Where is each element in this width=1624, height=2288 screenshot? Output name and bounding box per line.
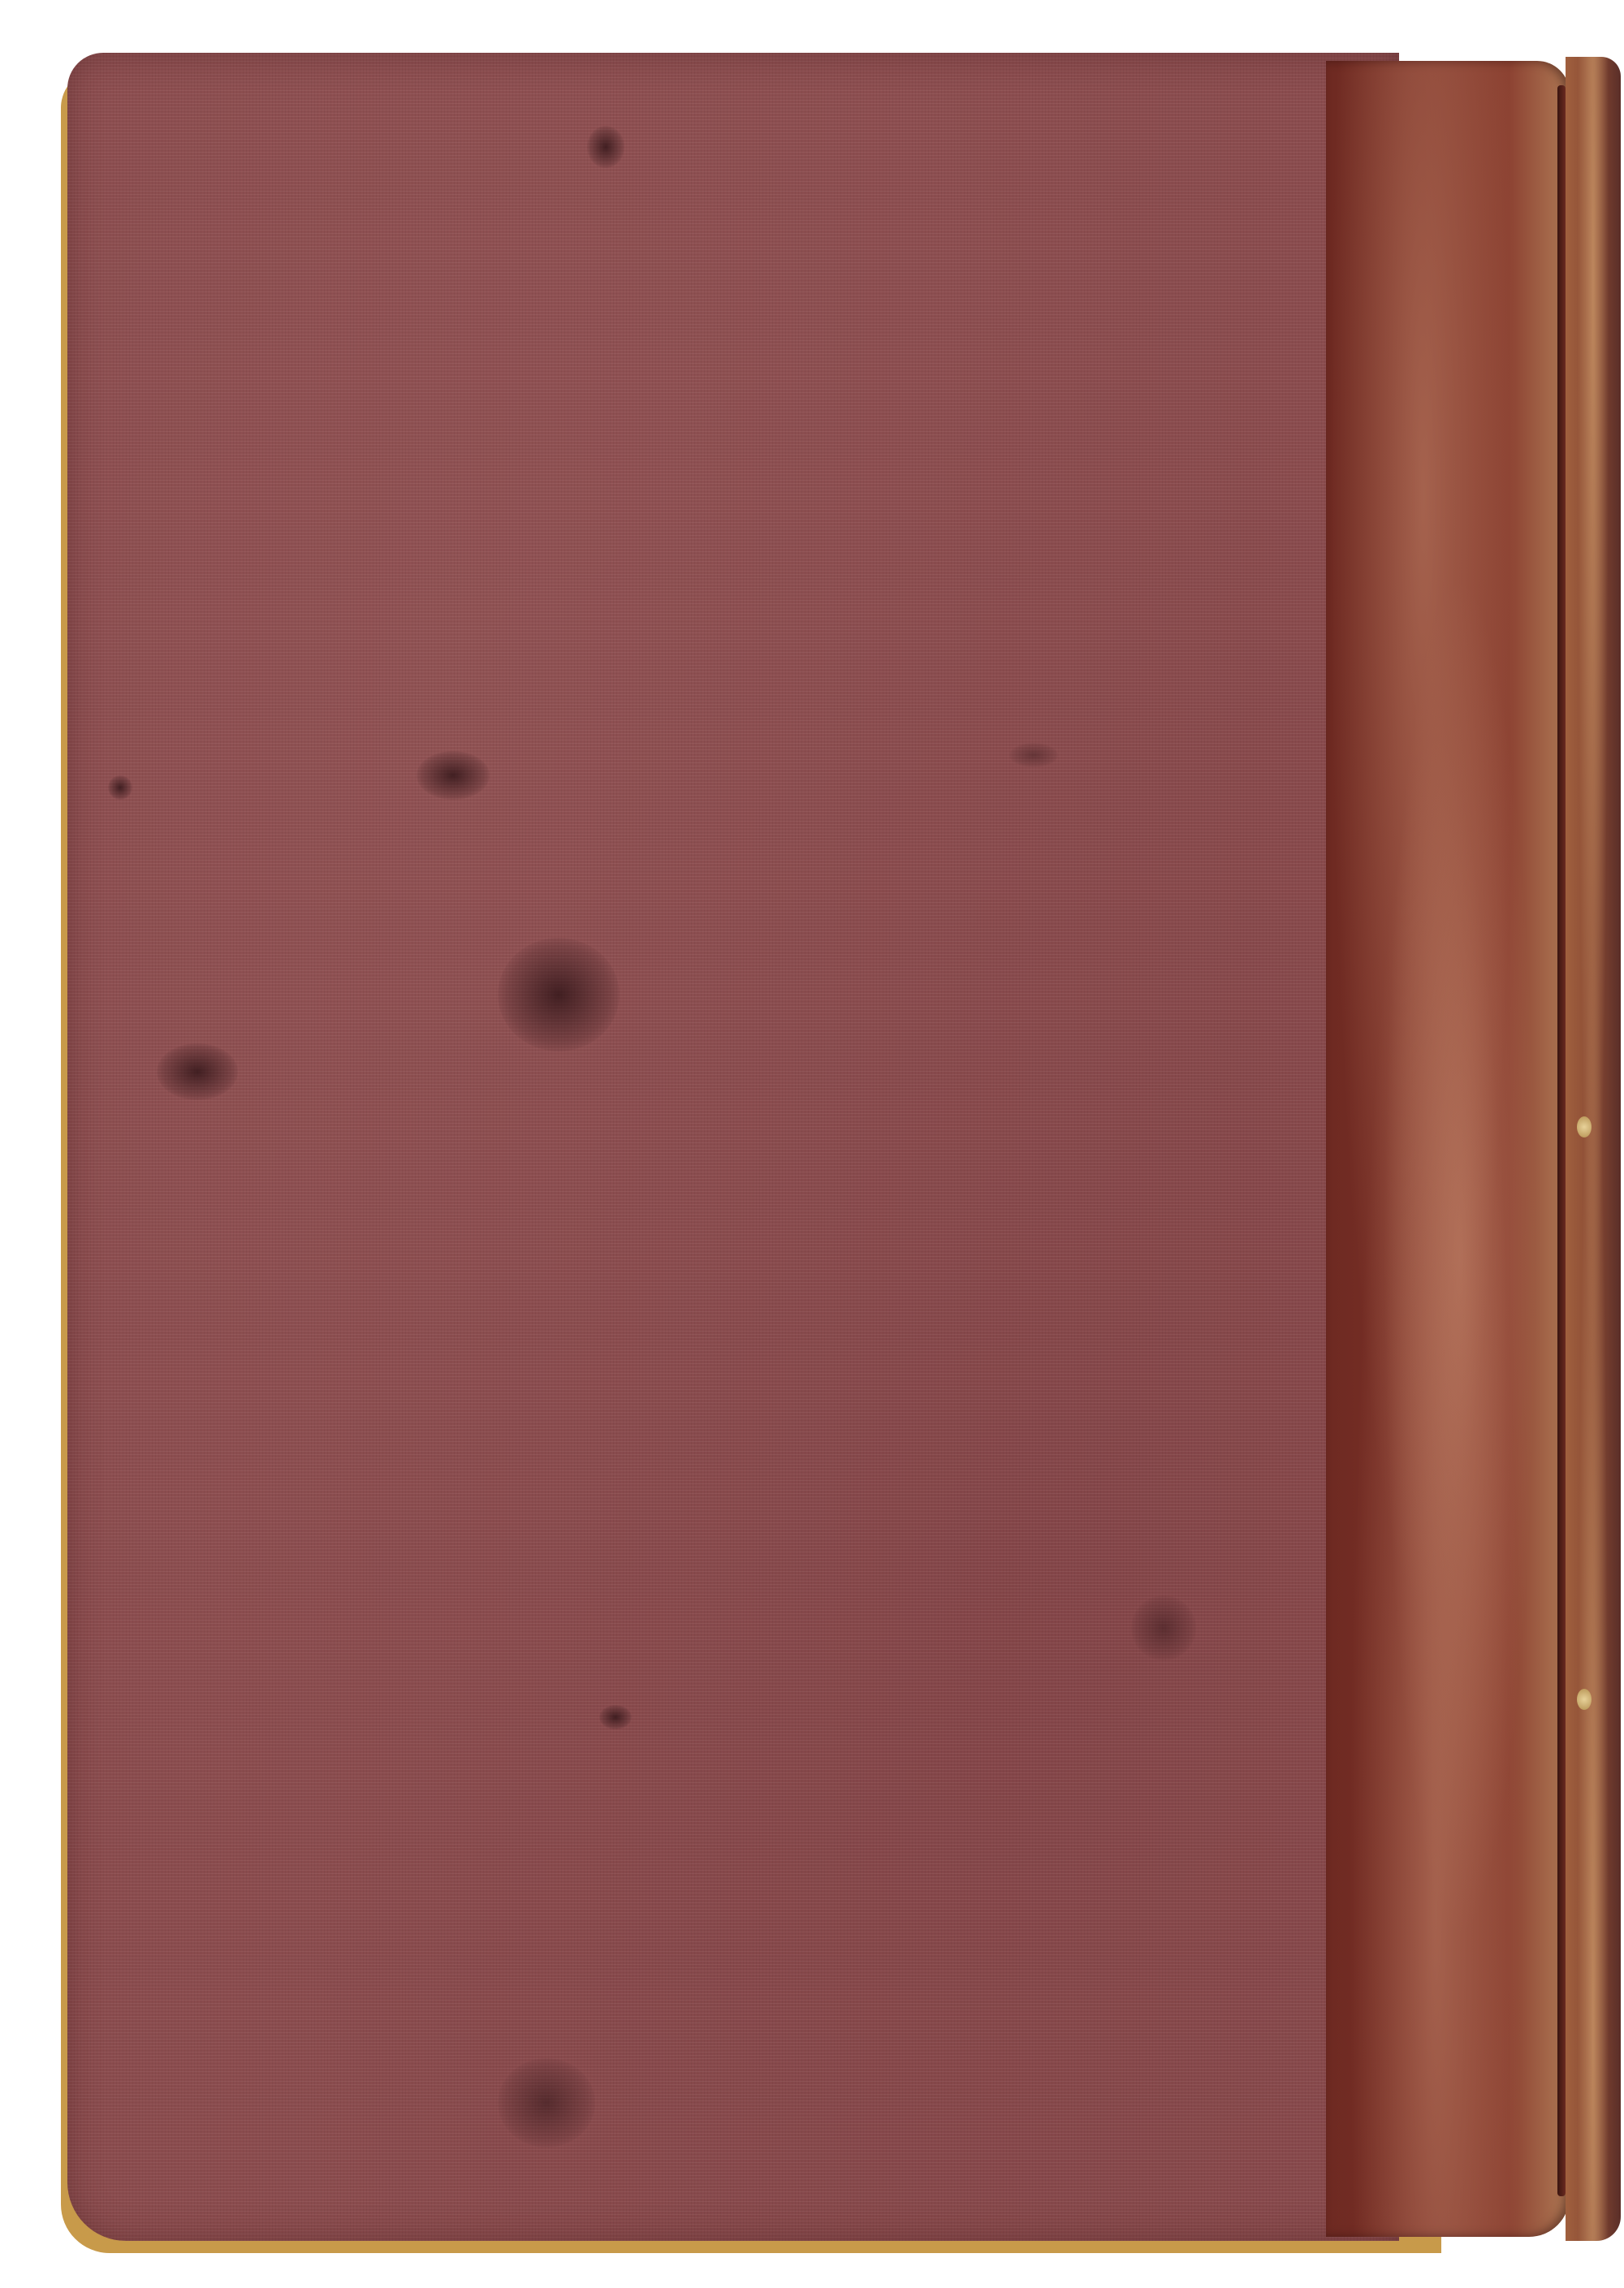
spine	[1566, 57, 1621, 2241]
stain	[1131, 1595, 1196, 1660]
photo-scene	[0, 0, 1624, 2288]
stain	[157, 1043, 238, 1100]
cloth-cover-board	[67, 53, 1399, 2241]
stain	[417, 751, 490, 800]
stain	[1009, 743, 1058, 767]
spine-ornament	[1577, 1116, 1592, 1138]
stain	[498, 2058, 595, 2148]
spine-joint	[1557, 85, 1566, 2196]
spine-ornament	[1577, 1689, 1592, 1710]
stain	[599, 1705, 632, 1729]
stain	[108, 775, 132, 800]
stain	[498, 938, 620, 1051]
book	[61, 53, 1571, 2249]
leather-binding-panel	[1326, 61, 1570, 2237]
stain	[587, 126, 624, 168]
